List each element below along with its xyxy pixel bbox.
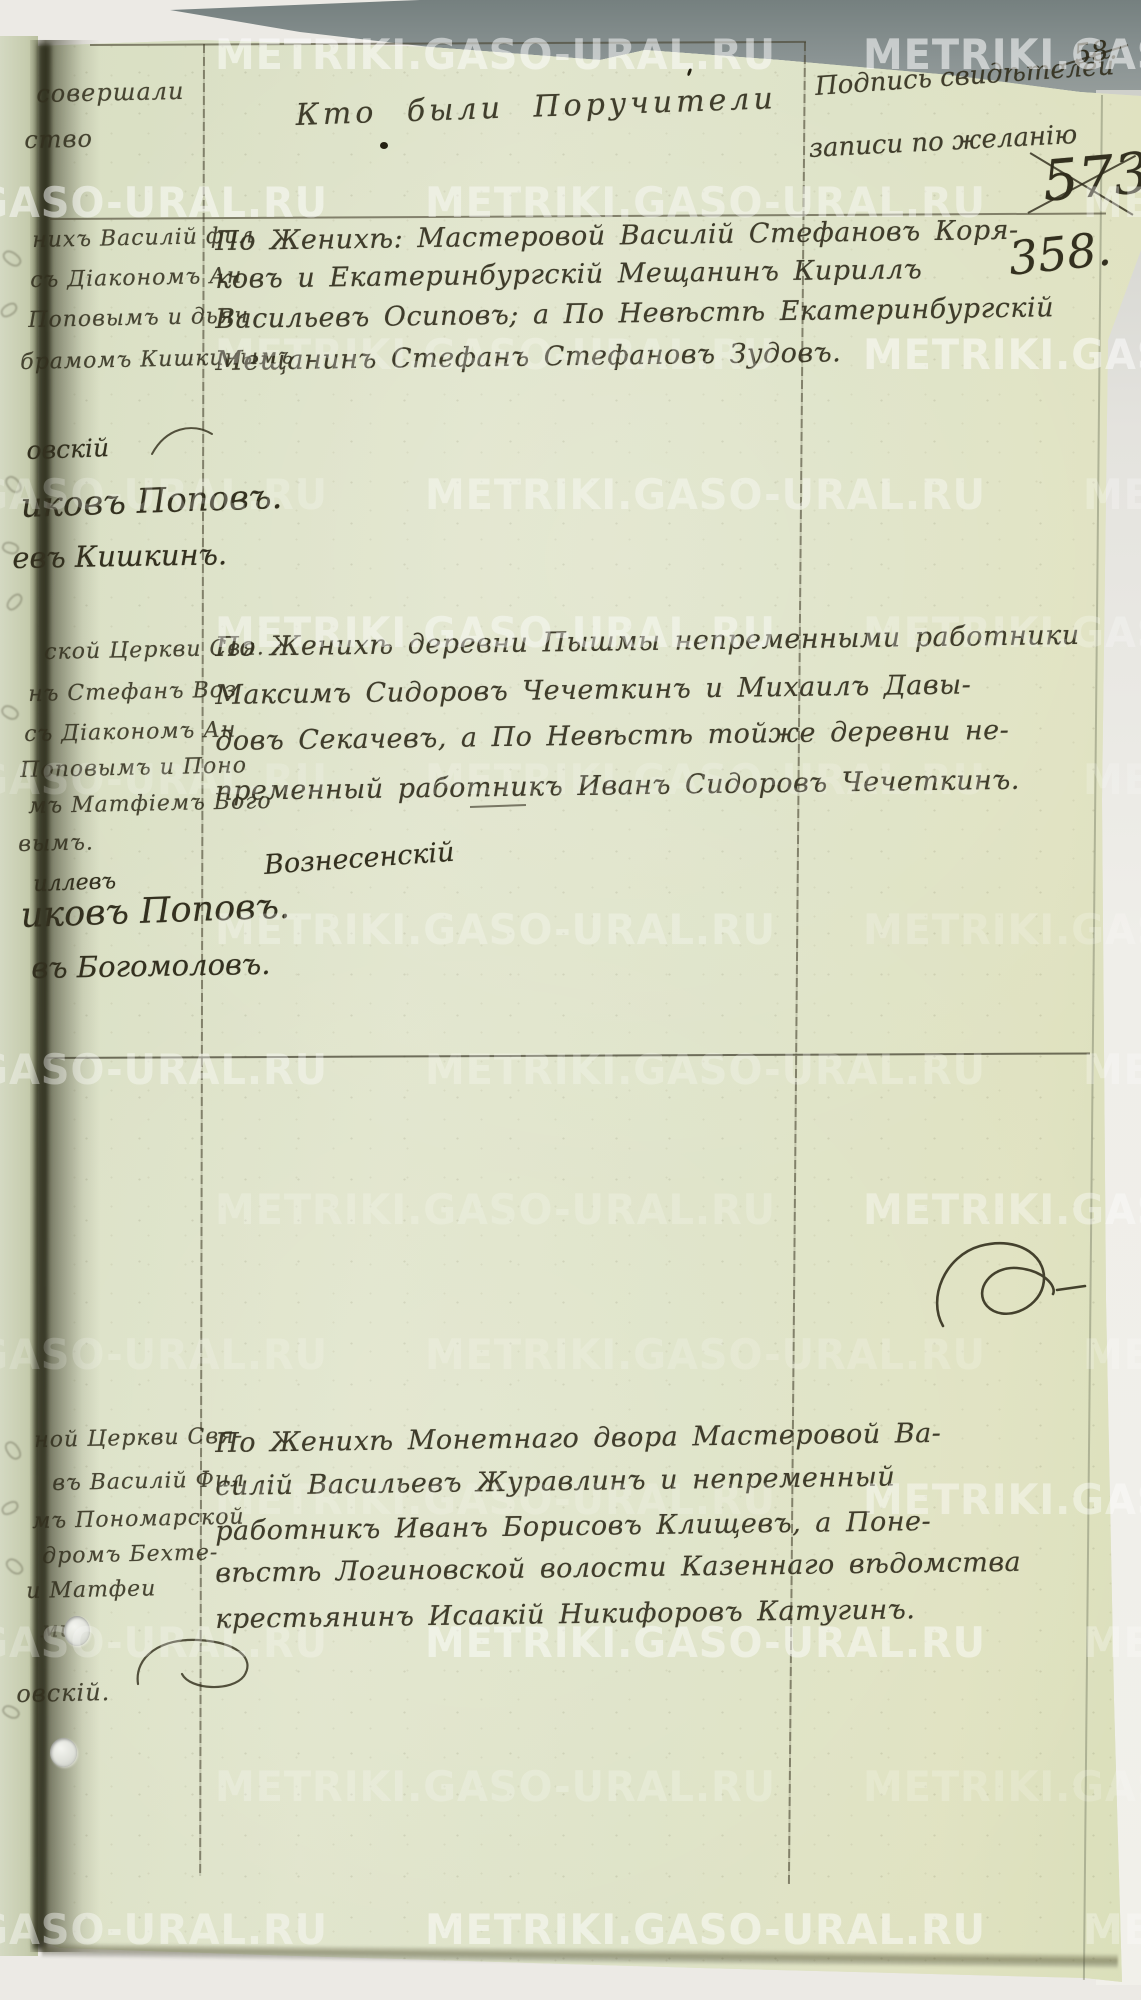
- handwriting-line: мъ Пономарской: [32, 1505, 245, 1534]
- handwriting-line: вымъ.: [18, 830, 94, 857]
- handwriting-line: и Матфеи: [26, 1576, 157, 1604]
- paraph-flourish: [925, 1228, 1095, 1343]
- signature-line: евъ Кишкинъ.: [12, 537, 227, 575]
- header-left-fragment: совершали: [36, 77, 185, 108]
- handwriting-line: Поповымъ и Поно: [20, 753, 247, 783]
- page-number-current: 358.: [1006, 221, 1114, 285]
- header-left-fragment: ство: [24, 125, 93, 154]
- signature-flourish: [148, 420, 218, 460]
- signature-line: овскій.: [16, 1678, 111, 1708]
- scanned-register-page: совершали ство Кто были Поручители Подпи…: [0, 0, 1141, 2000]
- page-number-old: 58.: [1072, 34, 1119, 71]
- signature-line: овскій: [26, 433, 110, 465]
- ink-blot: [380, 142, 388, 149]
- handwriting-line: нъ Стефанъ Воз: [28, 678, 237, 707]
- punch-hole: [50, 1738, 77, 1767]
- handwriting-line: съ Діакономъ Ан: [30, 264, 243, 293]
- handwriting-line: ной Церкви Свя-: [34, 1424, 243, 1453]
- handwriting-line: съ Діакономъ Ан: [24, 718, 237, 747]
- signature-line: въ Богомоловъ.: [31, 947, 271, 985]
- punch-hole: [64, 1616, 90, 1646]
- signature-flourish: [132, 1634, 262, 1694]
- handwriting-line: дромъ Бехте-: [42, 1540, 219, 1569]
